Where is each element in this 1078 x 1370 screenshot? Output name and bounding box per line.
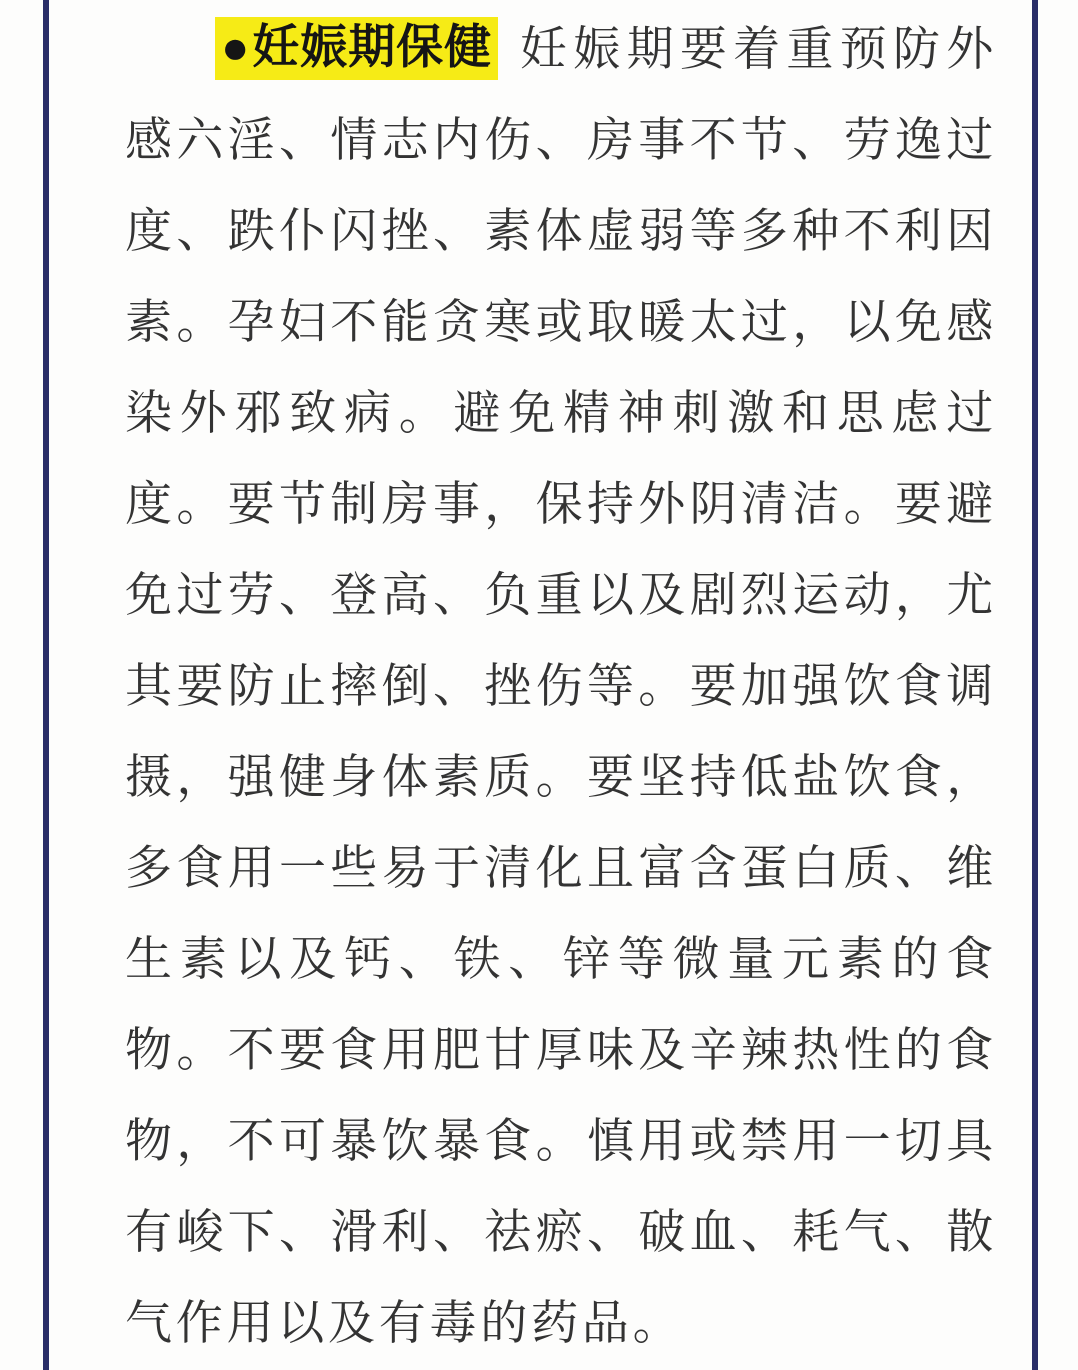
paragraph-line: 免过劳、登高、负重以及剧烈运动，尤 [125, 549, 997, 640]
paragraph-line-first: ●妊娠期保健 妊娠期要着重预防外 [125, 3, 997, 94]
paragraph-line: 有峻下、滑利、祛瘀、破血、耗气、散 [125, 1186, 997, 1277]
paragraph-line: 度、跌仆闪挫、素体虚弱等多种不利因 [125, 185, 997, 276]
bullet-icon: ● [221, 20, 250, 73]
section-heading-label: 妊娠期保健 [252, 20, 492, 73]
paragraph-line-last: 气作用以及有毒的药品。 [125, 1277, 997, 1368]
paragraph-line: 其要防止摔倒、挫伤等。要加强饮食调 [125, 640, 997, 731]
paragraph-line: 物，不可暴饮暴食。慎用或禁用一切具 [125, 1095, 997, 1186]
article-page: { "theme": { "navy": "#2a2e68", "yellow"… [0, 0, 1078, 1370]
paragraph-line: 多食用一些易于清化且富含蛋白质、维 [125, 822, 997, 913]
paragraph-line: 摄，强健身体素质。要坚持低盐饮食， [125, 731, 997, 822]
section-heading-highlight: ●妊娠期保健 [215, 17, 498, 81]
paragraph-line: 生素以及钙、铁、锌等微量元素的食 [125, 913, 997, 1004]
left-border-line [43, 0, 49, 1370]
right-border-line [1032, 0, 1038, 1370]
paragraph-line-text: 妊娠期要着重预防外 [520, 3, 997, 94]
paragraph-line: 素。孕妇不能贪寒或取暖太过，以免感 [125, 276, 997, 367]
paragraph-line: 染外邪致病。避免精神刺激和思虑过 [125, 367, 997, 458]
paragraph-line: 感六淫、情志内伤、房事不节、劳逸过 [125, 94, 997, 185]
article-body: ●妊娠期保健 妊娠期要着重预防外 感六淫、情志内伤、房事不节、劳逸过 度、跌仆闪… [125, 3, 997, 1368]
paragraph-line: 物。不要食用肥甘厚味及辛辣热性的食 [125, 1004, 997, 1095]
paragraph-line: 度。要节制房事，保持外阴清洁。要避 [125, 458, 997, 549]
